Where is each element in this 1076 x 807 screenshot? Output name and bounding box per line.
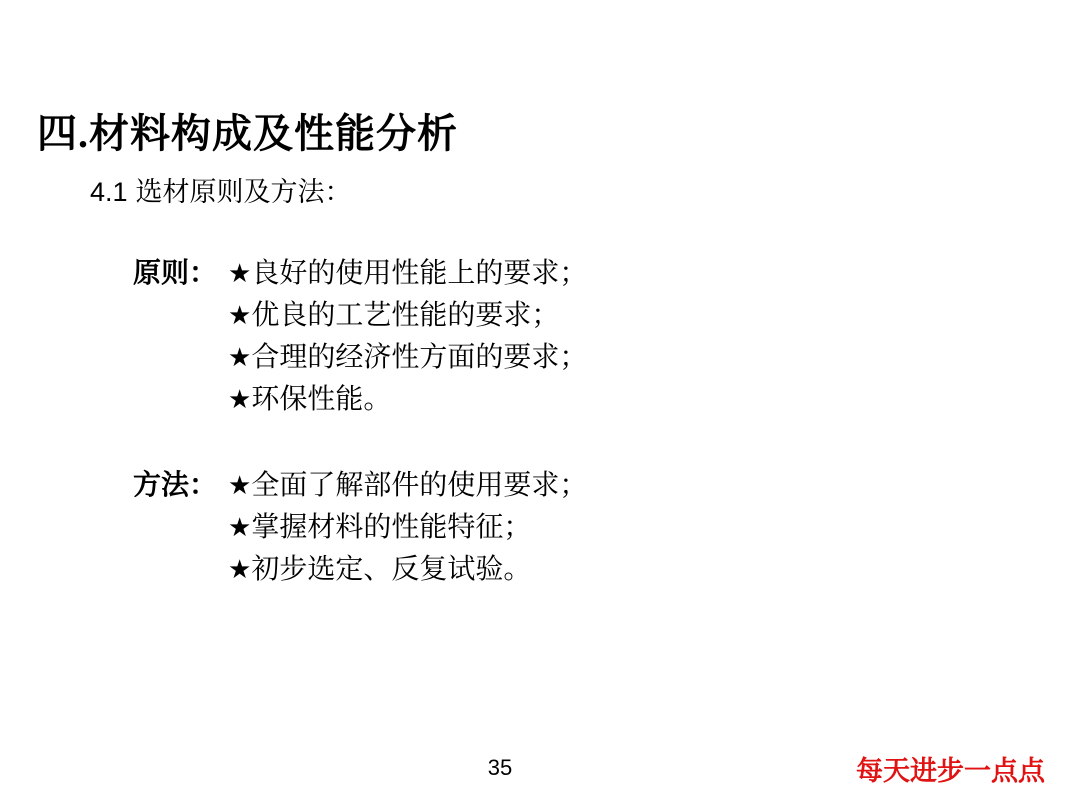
page-number: 35: [455, 755, 545, 781]
bullet-text: 优良的工艺性能的要求；: [251, 300, 559, 331]
footer-motto: 每天进步一点点: [856, 749, 1045, 788]
star-bullet-icon: ★: [228, 507, 251, 549]
methods-list: ★全面了解部件的使用要求； ★掌握材料的性能特征； ★初步选定、反复试验。: [228, 465, 587, 591]
star-bullet-icon: ★: [228, 253, 251, 295]
bullet-text: 环保性能。: [251, 384, 391, 415]
bullet-item: ★优良的工艺性能的要求；: [228, 295, 587, 337]
star-bullet-icon: ★: [228, 337, 251, 379]
section-principles: 原则： ★良好的使用性能上的要求； ★优良的工艺性能的要求； ★合理的经济性方面…: [133, 253, 587, 421]
star-bullet-icon: ★: [228, 549, 251, 591]
bullet-text: 合理的经济性方面的要求；: [251, 342, 587, 373]
bullet-item: ★初步选定、反复试验。: [228, 549, 587, 591]
subtitle: 4.1选材原则及方法：: [90, 170, 352, 209]
bullet-text: 掌握材料的性能特征；: [251, 512, 531, 543]
principles-label: 原则：: [133, 253, 228, 295]
slide: 四.材料构成及性能分析 4.1选材原则及方法： 原则： ★良好的使用性能上的要求…: [0, 0, 1076, 807]
subtitle-text: 选材原则及方法：: [136, 177, 352, 207]
bullet-text: 全面了解部件的使用要求；: [251, 470, 587, 501]
bullet-text: 良好的使用性能上的要求；: [251, 258, 587, 289]
page-title: 四.材料构成及性能分析: [37, 102, 458, 159]
bullet-item: ★合理的经济性方面的要求；: [228, 337, 587, 379]
bullet-item: ★掌握材料的性能特征；: [228, 507, 587, 549]
subtitle-number: 4.1: [90, 177, 128, 207]
methods-label: 方法：: [133, 465, 228, 507]
principles-list: ★良好的使用性能上的要求； ★优良的工艺性能的要求； ★合理的经济性方面的要求；…: [228, 253, 587, 421]
star-bullet-icon: ★: [228, 465, 251, 507]
bullet-text: 初步选定、反复试验。: [251, 554, 531, 585]
star-bullet-icon: ★: [228, 295, 251, 337]
star-bullet-icon: ★: [228, 379, 251, 421]
bullet-item: ★环保性能。: [228, 379, 587, 421]
bullet-item: ★全面了解部件的使用要求；: [228, 465, 587, 507]
bullet-item: ★良好的使用性能上的要求；: [228, 253, 587, 295]
section-methods: 方法： ★全面了解部件的使用要求； ★掌握材料的性能特征； ★初步选定、反复试验…: [133, 465, 587, 591]
